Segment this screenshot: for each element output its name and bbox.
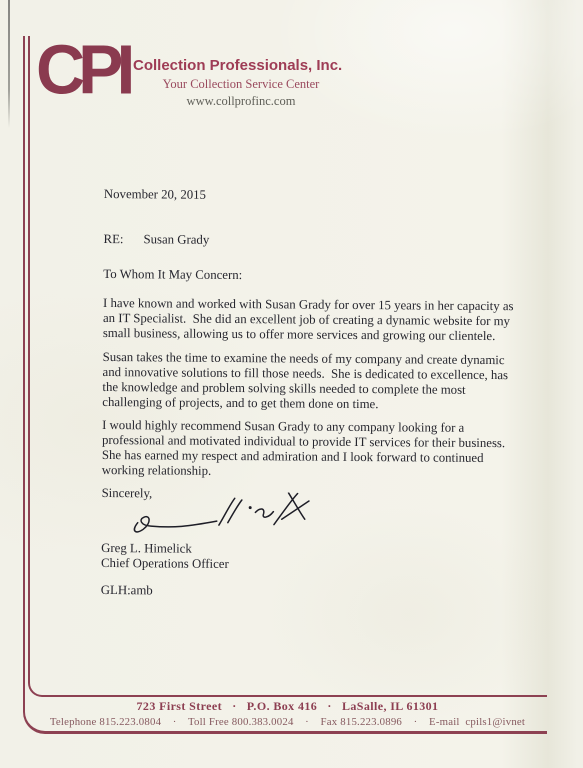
scan-edge-artifact xyxy=(8,0,10,128)
company-website: www.collprofinc.com xyxy=(133,93,349,109)
paragraph-2: Susan takes the time to examine the need… xyxy=(102,350,518,413)
company-tagline: Your Collection Service Center xyxy=(133,76,349,92)
signer-title: Chief Operations Officer xyxy=(101,556,517,574)
re-label: RE: xyxy=(104,232,124,246)
company-name: Collection Professionals, Inc. xyxy=(133,57,349,75)
re-subject: Susan Grady xyxy=(143,232,209,247)
salutation: To Whom It May Concern: xyxy=(103,267,519,285)
footer-contact-line: Telephone 815.223.0804 · Toll Free 800.3… xyxy=(30,716,545,728)
letter-body: November 20, 2015 RE:Susan Grady To Whom… xyxy=(101,187,520,601)
signature-icon xyxy=(121,491,321,537)
re-line: RE:Susan Grady xyxy=(104,232,520,250)
paragraph-1: I have known and worked with Susan Grady… xyxy=(103,296,519,344)
scanned-letter-page: CPI Collection Professionals, Inc. Your … xyxy=(0,0,583,768)
footer-address-line: 723 First Street · P.O. Box 416 · LaSall… xyxy=(30,699,545,714)
cpi-logo: CPI xyxy=(36,37,128,103)
letter-date: November 20, 2015 xyxy=(104,187,520,205)
paragraph-3: I would highly recommend Susan Grady to … xyxy=(102,418,518,481)
signature-handwriting xyxy=(121,491,517,538)
letterhead-header: Collection Professionals, Inc. Your Coll… xyxy=(133,57,349,109)
